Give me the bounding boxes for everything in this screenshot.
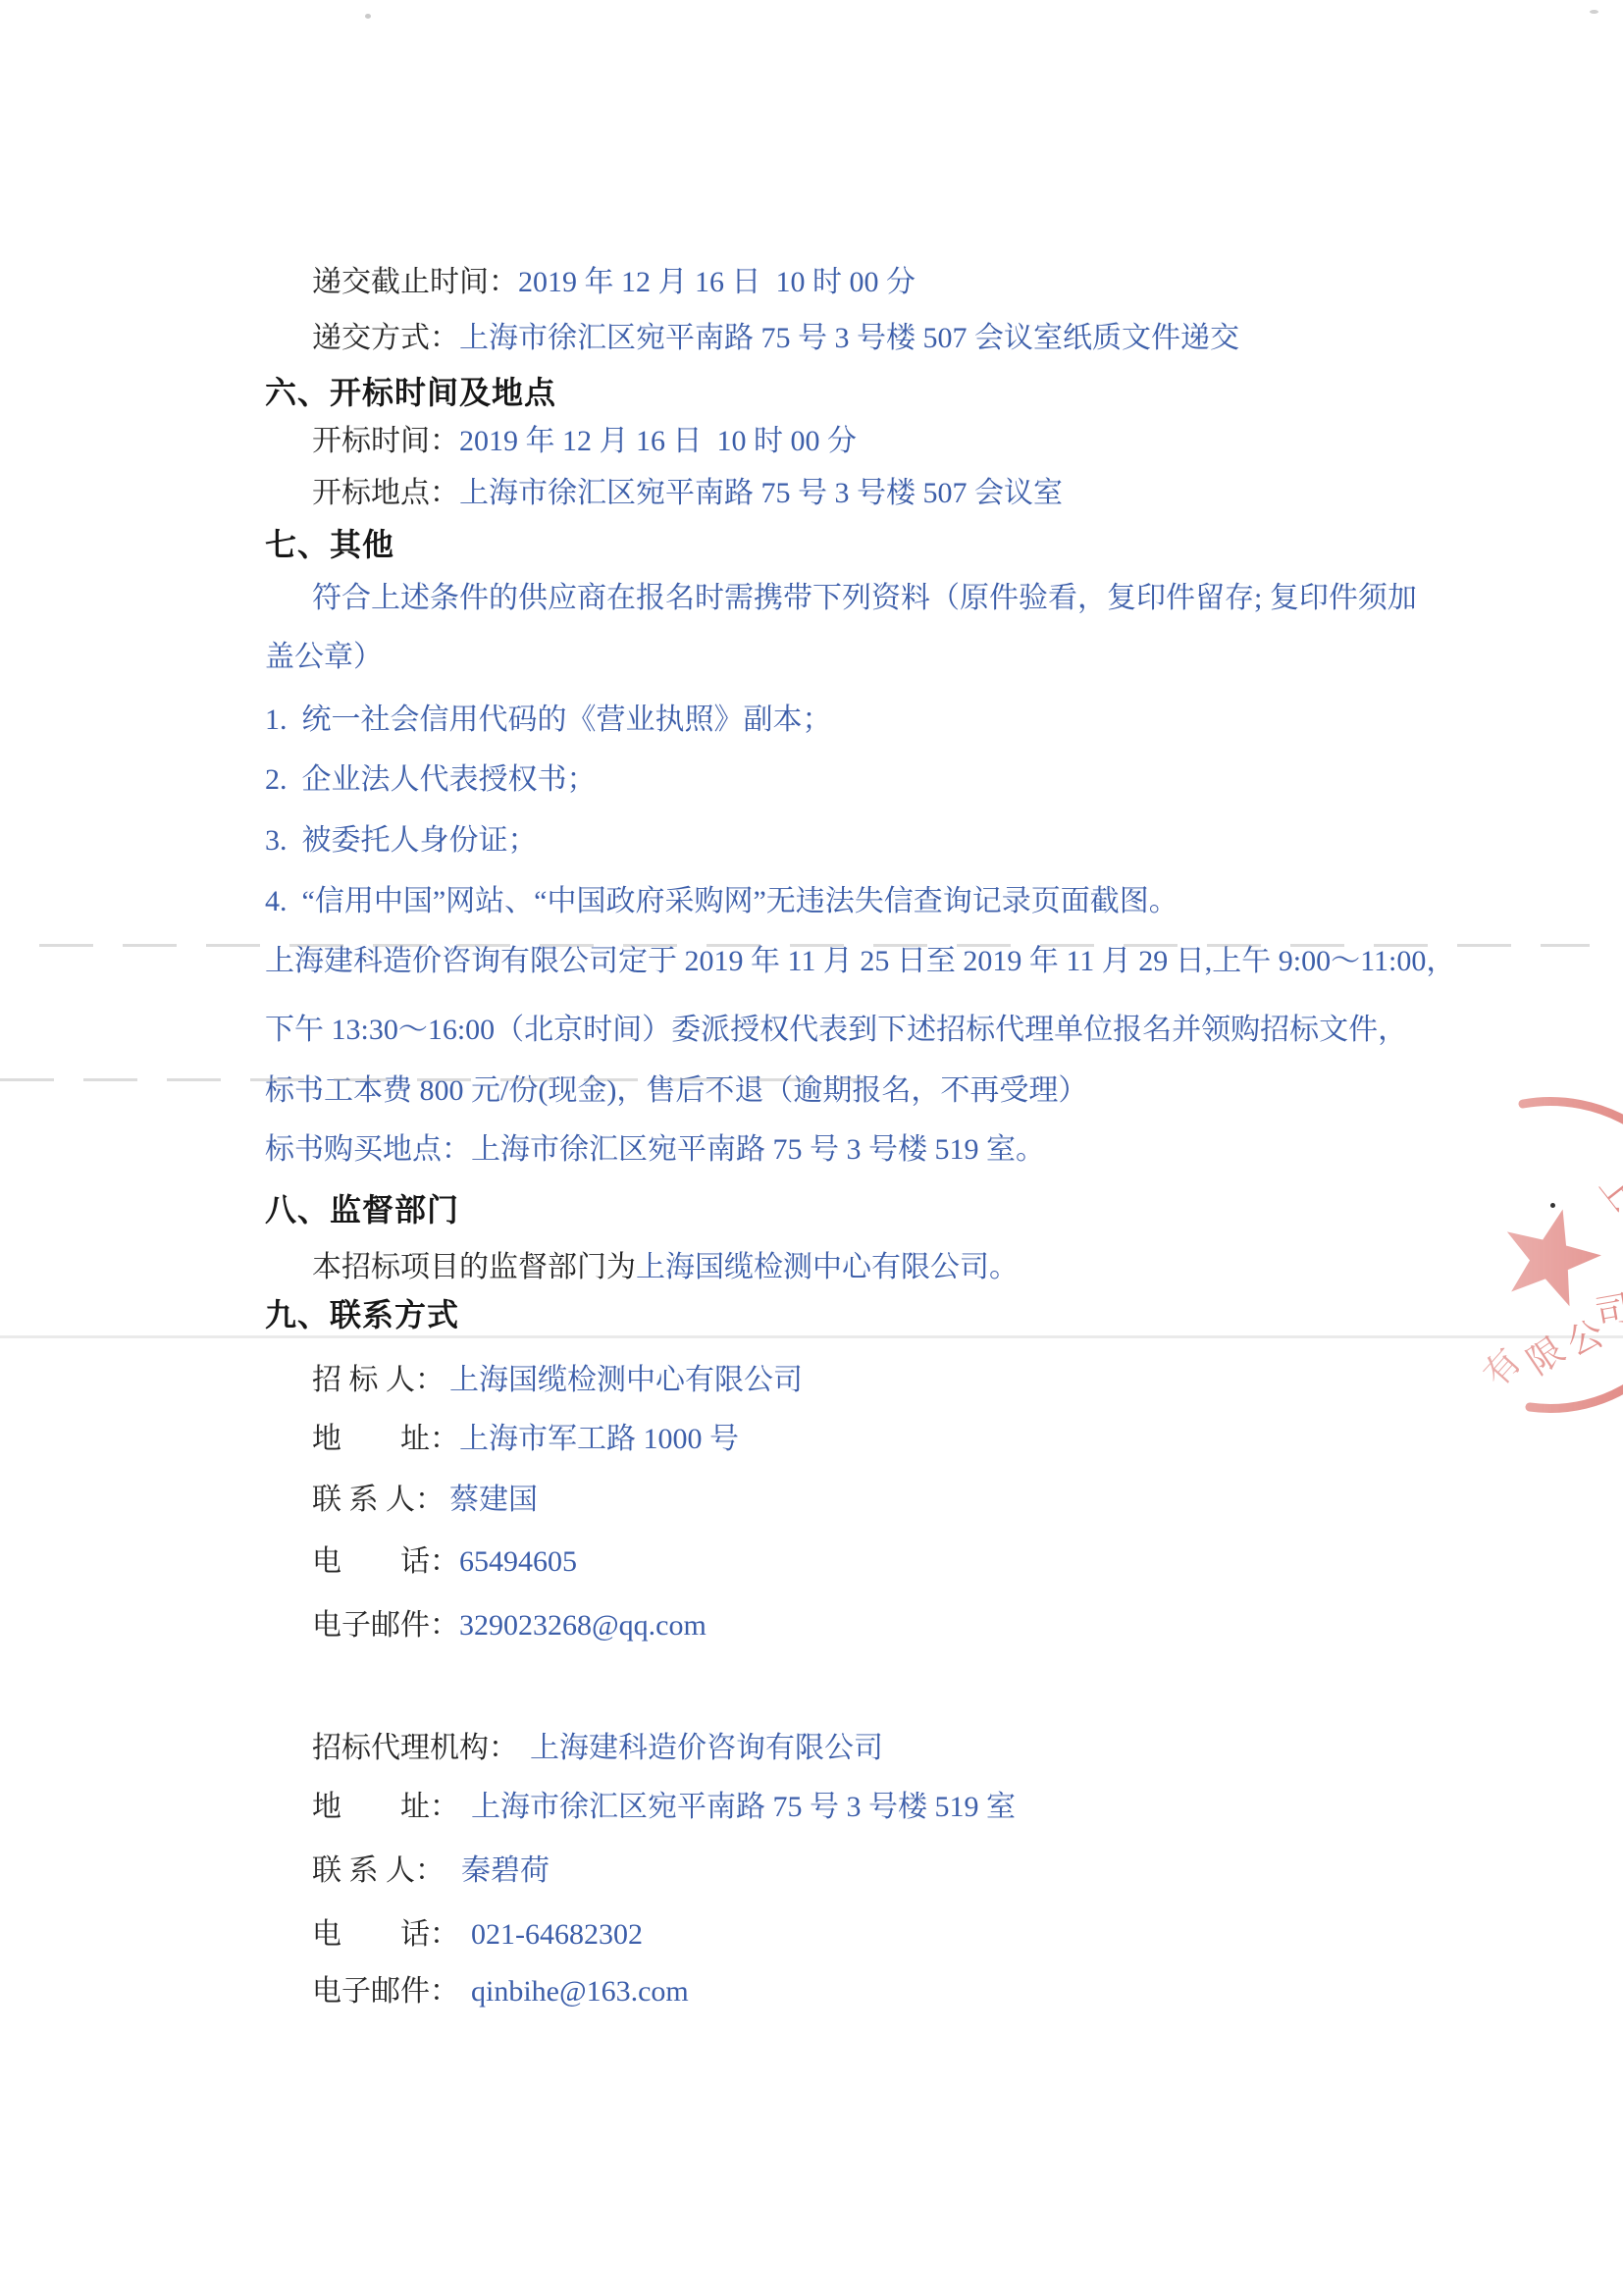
other-list-item: 3. 被委托人身份证； <box>0 818 1623 863</box>
submission-deadline-label: 递交截止时间： <box>312 266 518 298</box>
opening-time-label: 开标时间： <box>312 425 459 457</box>
agency-phone-value: 021-64682302 <box>471 1918 643 1951</box>
other-intro-line2: 盖公章） <box>0 635 1623 680</box>
tenderer-address-value: 上海市军工路 1000 号 <box>459 1423 739 1455</box>
tenderer-phone-label: 电 话： <box>312 1539 459 1585</box>
submission-deadline-value: 2019 年 12 月 16 日 10 时 00 分 <box>518 266 916 298</box>
tenderer-email-line: 电子邮件：329023268@qq.com <box>0 1603 1623 1648</box>
scan-speck <box>1590 10 1598 14</box>
tenderer-address-line: 地 址：上海市军工路 1000 号 <box>0 1417 1623 1462</box>
agency-person-value: 秦碧荷 <box>461 1854 550 1887</box>
tenderer-name-label: 招 标 人： <box>312 1358 449 1403</box>
purchase-paragraph-line3: 标书工本费 800 元/份(现金)，售后不退（逾期报名，不再受理） <box>0 1069 1623 1114</box>
opening-time-line: 开标时间：2019 年 12 月 16 日 10 时 00 分 <box>0 419 1623 464</box>
other-list-item: 4. “信用中国”网站、“中国政府采购网”无违法失信查询记录页面截图。 <box>0 879 1623 924</box>
tenderer-email-label: 电子邮件： <box>312 1603 459 1648</box>
other-list-item: 2. 企业法人代表授权书； <box>0 757 1623 803</box>
agency-email-value: qinbihe@163.com <box>471 1975 689 2008</box>
opening-place-line: 开标地点：上海市徐汇区宛平南路 75 号 3 号楼 507 会议室 <box>0 471 1623 516</box>
supervision-body-line: 本招标项目的监督部门为上海国缆检测中心有限公司。 <box>0 1245 1623 1290</box>
agency-person-label: 联 系 人： <box>312 1849 449 1894</box>
section-heading-other: 七、其他 <box>0 522 1623 567</box>
tenderer-person-value: 蔡建国 <box>449 1484 538 1516</box>
agency-name-value: 上海建科造价咨询有限公司 <box>530 1732 883 1764</box>
tenderer-address-label: 地 址： <box>312 1417 459 1462</box>
supervision-body-company: 上海国缆检测中心有限公司。 <box>636 1251 1019 1283</box>
tenderer-person-line: 联 系 人：蔡建国 <box>0 1478 1623 1523</box>
other-intro-line1: 符合上述条件的供应商在报名时需携带下列资料（原件验看，复印件留存; 复印件须加 <box>0 576 1623 621</box>
tenderer-phone-value: 65494605 <box>459 1545 577 1578</box>
tenderer-email-value: 329023268@qq.com <box>459 1609 707 1642</box>
document-page: 递交截止时间：2019 年 12 月 16 日 10 时 00 分 递交方式：上… <box>0 0 1623 2296</box>
agency-email-line: 电子邮件：qinbihe@163.com <box>0 1969 1623 2014</box>
opening-time-value: 2019 年 12 月 16 日 10 时 00 分 <box>459 425 857 457</box>
agency-address-label: 地 址： <box>312 1785 459 1830</box>
section-heading-supervision: 八、监督部门 <box>0 1187 1623 1232</box>
opening-place-label: 开标地点： <box>312 477 459 509</box>
opening-place-value: 上海市徐汇区宛平南路 75 号 3 号楼 507 会议室 <box>459 477 1063 509</box>
agency-name-label: 招标代理机构： <box>312 1732 518 1764</box>
submission-method-label: 递交方式： <box>312 322 459 354</box>
submission-method-line: 递交方式：上海市徐汇区宛平南路 75 号 3 号楼 507 会议室纸质文件递交 <box>0 316 1623 361</box>
agency-phone-label: 电 话： <box>312 1912 459 1957</box>
agency-address-value: 上海市徐汇区宛平南路 75 号 3 号楼 519 室 <box>471 1791 1016 1823</box>
purchase-paragraph-line1: 上海建科造价咨询有限公司定于 2019 年 11 月 25 日至 2019 年 … <box>0 939 1623 984</box>
submission-method-value: 上海市徐汇区宛平南路 75 号 3 号楼 507 会议室纸质文件递交 <box>459 322 1239 354</box>
purchase-paragraph-line2: 下午 13:30～16:00（北京时间）委派授权代表到下述招标代理单位报名并领购… <box>0 1008 1623 1053</box>
purchase-location-line: 标书购买地点：上海市徐汇区宛平南路 75 号 3 号楼 519 室。 <box>0 1127 1623 1173</box>
scan-speck <box>365 14 371 19</box>
section-heading-opening: 六、开标时间及地点 <box>0 370 1623 415</box>
tenderer-phone-line: 电 话：65494605 <box>0 1539 1623 1585</box>
supervision-body-prefix: 本招标项目的监督部门为 <box>312 1251 636 1283</box>
tenderer-name-value: 上海国缆检测中心有限公司 <box>449 1364 803 1396</box>
agency-address-line: 地 址：上海市徐汇区宛平南路 75 号 3 号楼 519 室 <box>0 1785 1623 1830</box>
section-heading-contact: 九、联系方式 <box>0 1292 1623 1337</box>
agency-phone-line: 电 话：021-64682302 <box>0 1912 1623 1957</box>
tenderer-person-label: 联 系 人： <box>312 1478 449 1523</box>
agency-person-line: 联 系 人：秦碧荷 <box>0 1849 1623 1894</box>
agency-name-line: 招标代理机构：上海建科造价咨询有限公司 <box>0 1726 1623 1771</box>
tenderer-name-line: 招 标 人：上海国缆检测中心有限公司 <box>0 1358 1623 1403</box>
other-list-item: 1. 统一社会信用代码的《营业执照》副本； <box>0 698 1623 743</box>
agency-email-label: 电子邮件： <box>312 1969 459 2014</box>
submission-deadline-line: 递交截止时间：2019 年 12 月 16 日 10 时 00 分 <box>0 260 1623 305</box>
